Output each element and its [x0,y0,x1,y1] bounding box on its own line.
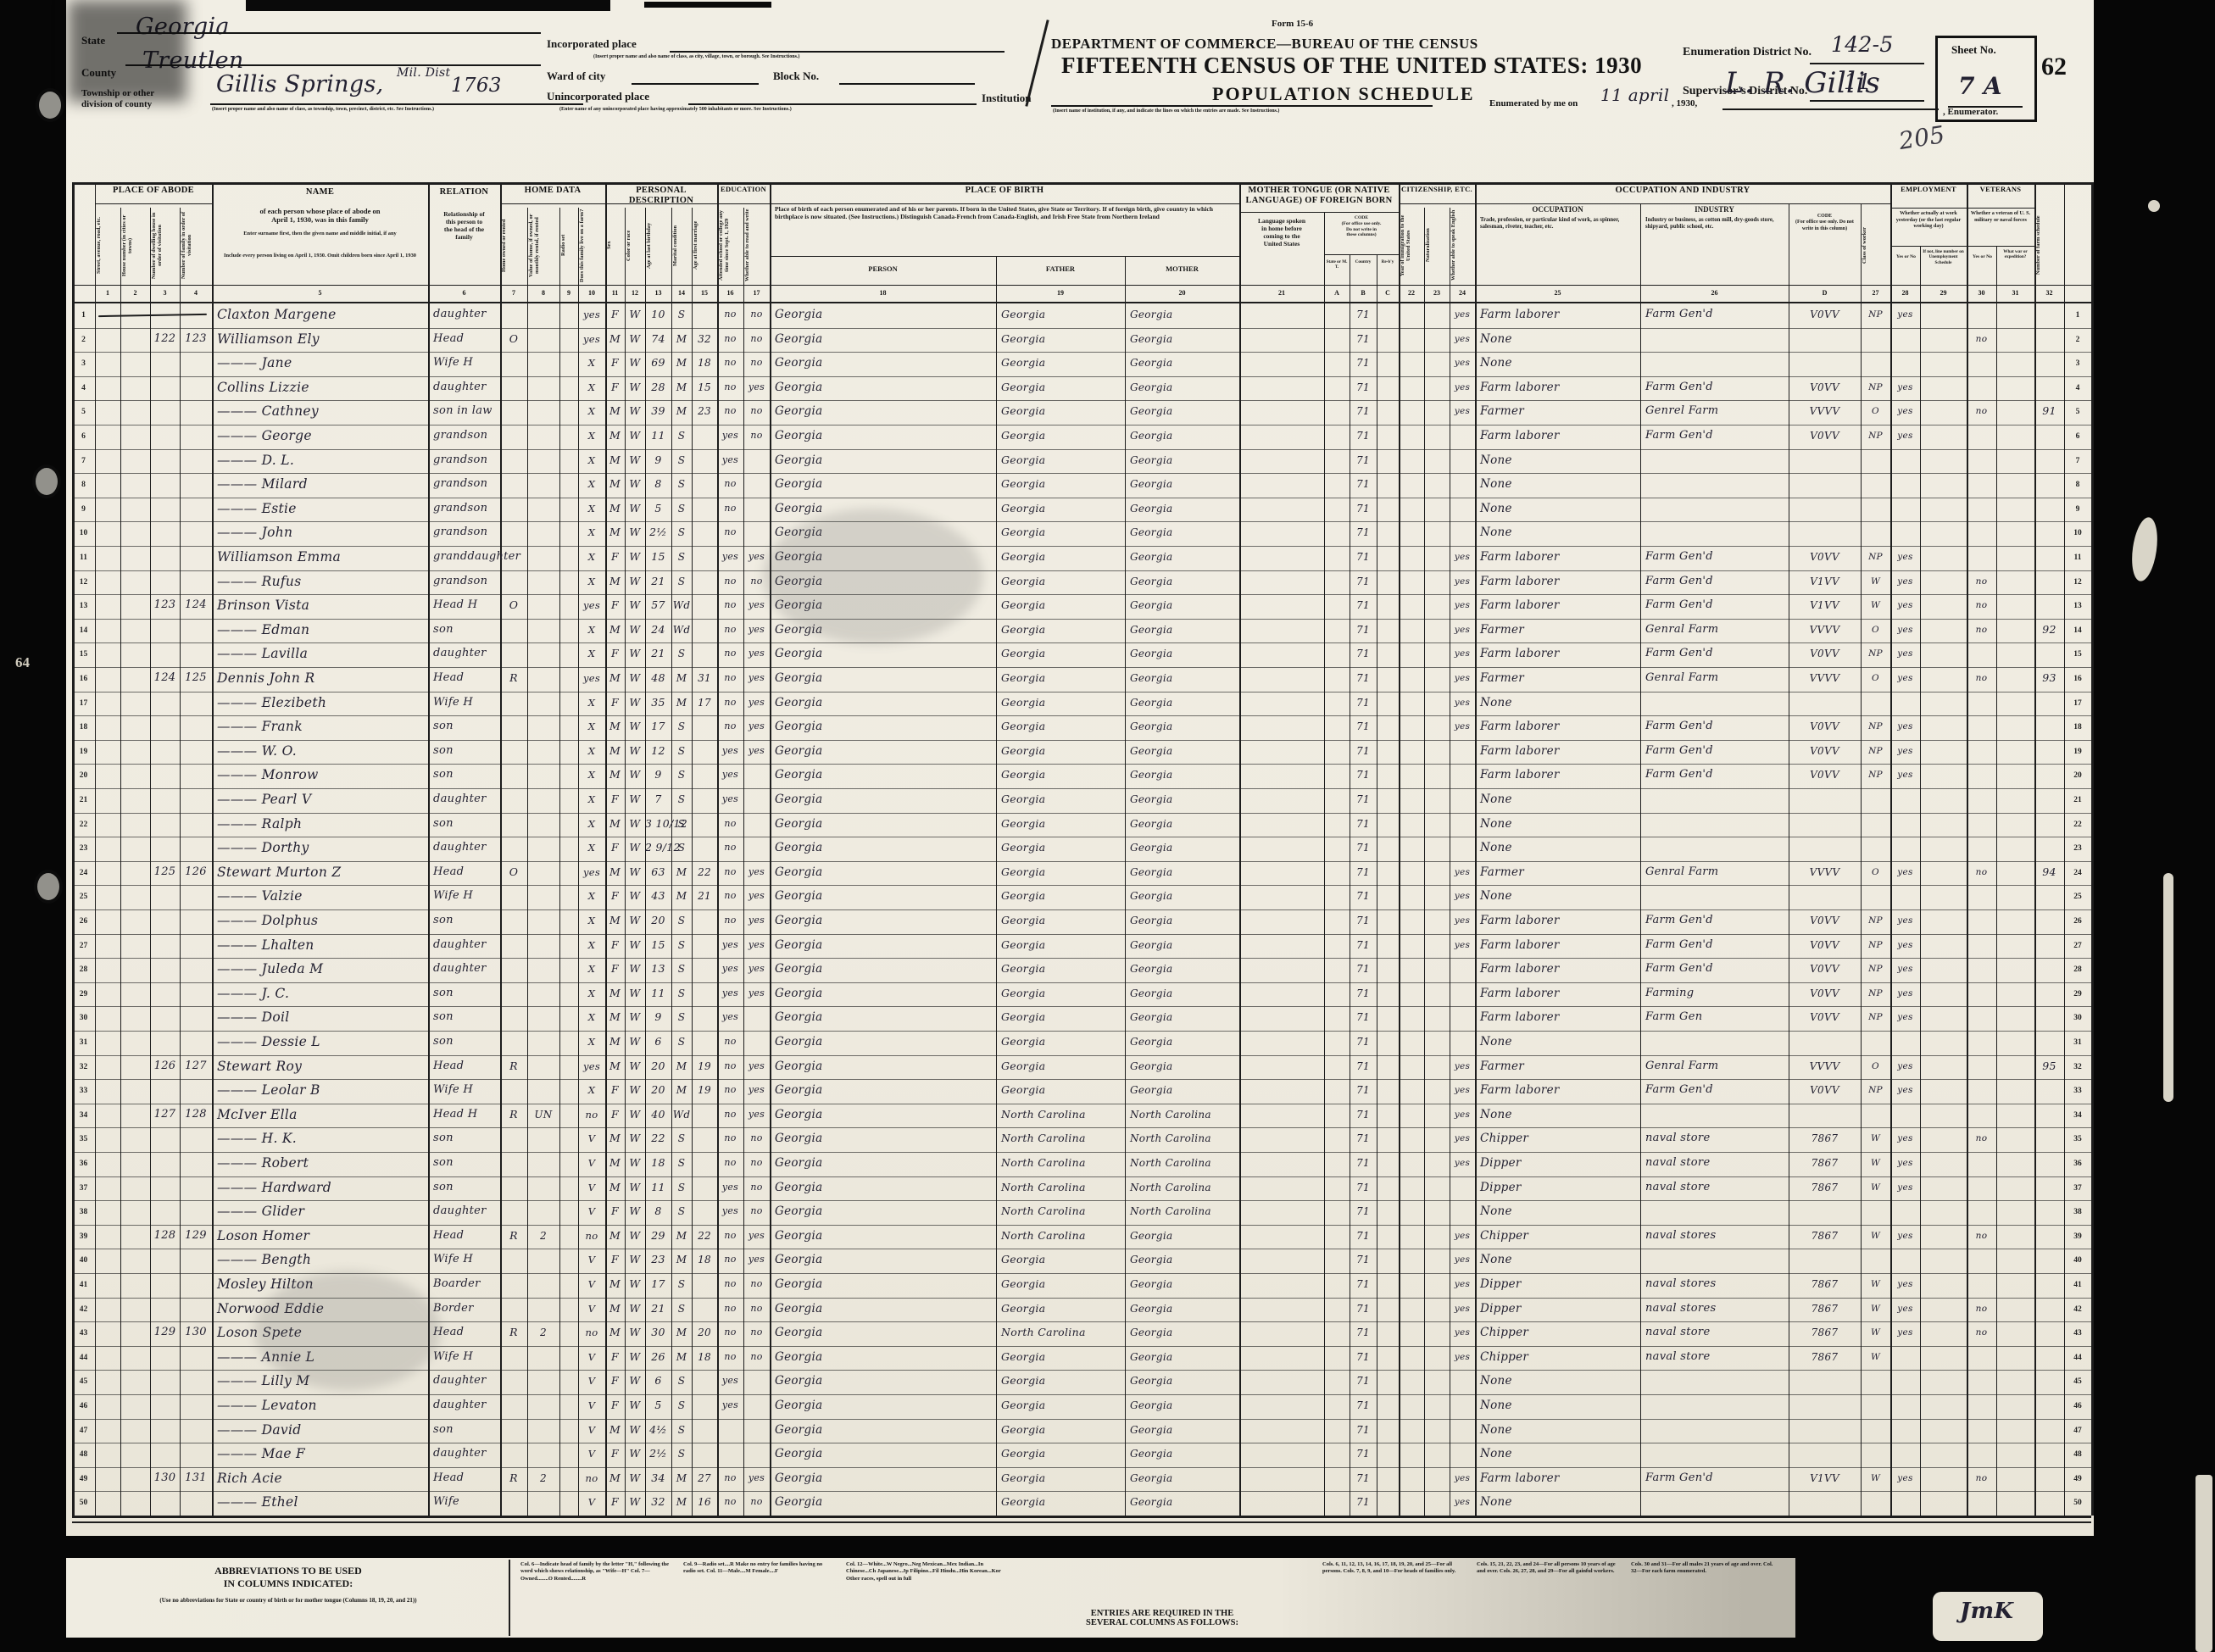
cell-marital-condition: S [671,737,692,762]
cell-home-value: 2 [527,1222,559,1247]
row-number-left: 36 [72,1160,95,1168]
cell-sex: F [605,1101,625,1126]
cell-farm: X [578,422,605,447]
cell-relation: son [428,1174,500,1199]
row-number-right: 43 [2064,1329,2091,1338]
schedule-title: POPULATION SCHEDULE [1212,83,1475,105]
cell-attended-school: yes [717,422,743,447]
cell-birthplace-person: Georgia [770,1343,996,1368]
binder-hole [32,464,61,498]
cell-read-write: no [743,1343,770,1368]
cell-name: Collins Lizzie [212,374,428,398]
cell-occupation-code: V0VV [1789,301,1861,325]
row-number-left: 33 [72,1087,95,1095]
cell-occupation: Farm laborer [1475,907,1640,932]
cell-birthplace-father: Georgia [996,713,1125,737]
group-label-poa: PLACE OF ABODE [95,186,212,196]
cell-birthplace-person: Georgia [770,955,996,980]
cell-farm: X [578,543,605,568]
cell-attended-school: no [717,1076,743,1101]
cell-marital-condition: S [671,1295,692,1320]
cell-industry: Genral Farm [1640,859,1789,883]
cell-occupation: Dipper [1475,1295,1640,1320]
row-number-left: 41 [72,1281,95,1289]
cell-read-write: yes [743,1076,770,1101]
cell-marital-condition: M [671,859,692,883]
cell-read-write: no [743,301,770,325]
cell-occupation: Chipper [1475,1125,1640,1149]
cell-home-owned-rented: R [500,1222,527,1247]
cell-at-work: yes [1890,1004,1920,1028]
cell-color-race: W [625,1053,645,1077]
cell-color-race: W [625,1149,645,1174]
cell-age: 12 [645,737,671,762]
row-number-left: 35 [72,1135,95,1143]
cell-birthplace-mother: Georgia [1125,349,1239,374]
cell-age: 9 [645,447,671,471]
cell-color-race: W [625,1295,645,1320]
cell-name: ——— David [212,1416,428,1441]
footer-abbrev-col-3: Col. 12—White...W Negro...Neg Mexican...… [846,1561,1003,1582]
cell-occupation: Farmer [1475,398,1640,422]
cell-sex: M [605,616,625,641]
relation-header: Relationship of this person to the head … [431,210,498,242]
column-number-23: 23 [1424,289,1450,297]
cell-dwelling-number: 128 [150,1222,180,1247]
cell-farm: V [578,1295,605,1320]
cell-sex: M [605,907,625,932]
cell-office-code: 71 [1350,1367,1377,1392]
cell-farm: X [578,398,605,422]
cell-birthplace-mother: Georgia [1125,1488,1239,1513]
column-number-4: 4 [180,289,212,297]
cell-home-owned-rented: R [500,1053,527,1077]
cell-relation: son [428,1416,500,1441]
cell-veteran: no [1967,1222,1996,1247]
name-header-main2: April 1, 1930, was in this family [215,215,425,224]
cell-sex: M [605,470,625,495]
cell-industry: Farm Gen'd [1640,737,1789,762]
cell-industry: Farm Gen'd [1640,374,1789,398]
cell-read-write: no [743,398,770,422]
cell-age-first-marriage: 16 [692,1488,717,1513]
cell-occupation-code: V0VV [1789,543,1861,568]
column-number-14: 14 [671,289,692,297]
row-number-left: 40 [72,1256,95,1265]
cell-marital-condition: S [671,543,692,568]
cell-farm: X [578,1028,605,1053]
cell-birthplace-father: Georgia [996,834,1125,859]
cell-at-work: yes [1890,1465,1920,1489]
cell-marital-condition: S [671,1125,692,1149]
cell-at-work: yes [1890,374,1920,398]
cell-attended-school: no [717,1246,743,1271]
column-number-D: D [1789,289,1861,297]
cell-dwelling-number: 130 [150,1465,180,1489]
cell-office-code: 71 [1350,955,1377,980]
cell-farm: X [578,932,605,956]
cell-office-code: 71 [1350,470,1377,495]
cell-birthplace-person: Georgia [770,325,996,350]
row-number-left: 8 [72,481,95,489]
cell-age: 2 9/12 [645,834,671,859]
row-number-right: 21 [2064,796,2091,804]
cell-birthplace-person: Georgia [770,1076,996,1101]
cell-farm: X [578,495,605,520]
cell-office-code: 71 [1350,398,1377,422]
cell-color-race: W [625,859,645,883]
column-number-29: 29 [1920,289,1967,297]
cell-family-number: 125 [180,665,212,689]
cell-office-code: 71 [1350,495,1377,520]
cell-color-race: W [625,932,645,956]
cell-farm: X [578,470,605,495]
cell-birthplace-father: Georgia [996,859,1125,883]
cell-read-write: yes [743,616,770,641]
colhead-vertical-c10: Does this family live on a farm? [579,208,604,283]
cell-at-work: yes [1890,1319,1920,1343]
cell-color-race: W [625,1392,645,1416]
cell-attended-school: yes [717,543,743,568]
cell-age: 74 [645,325,671,350]
enumerator-label: , Enumerator. [1943,107,1998,117]
cell-name: ——— Doil [212,1004,428,1028]
cell-marital-condition: S [671,1367,692,1392]
cell-attended-school: no [717,519,743,543]
cell-attended-school: yes [717,1392,743,1416]
cell-office-code: 71 [1350,810,1377,835]
cell-color-race: W [625,737,645,762]
cell-veteran: no [1967,325,1996,350]
cell-industry: Farm Gen'd [1640,1465,1789,1489]
cell-birthplace-father: Georgia [996,665,1125,689]
cell-marital-condition: S [671,907,692,932]
incorporated-label: Incorporated place [547,37,637,51]
cell-attended-school: no [717,1295,743,1320]
row-number-right: 13 [2064,602,2091,610]
cell-read-write: no [743,349,770,374]
cell-age: 8 [645,470,671,495]
cell-age: 30 [645,1319,671,1343]
cell-relation: Head [428,325,500,350]
cell-birthplace-mother: Georgia [1125,1222,1239,1247]
cell-birthplace-father: Georgia [996,810,1125,835]
cell-industry: Farm Gen'd [1640,592,1789,616]
header-rule [500,203,605,204]
row-number-right: 48 [2064,1450,2091,1459]
cell-birthplace-mother: Georgia [1125,616,1239,641]
cell-marital-condition: M [671,665,692,689]
cell-occupation: Farm laborer [1475,713,1640,737]
cell-marital-condition: M [671,882,692,907]
cell-read-write: no [743,1174,770,1199]
cell-farm: yes [578,665,605,689]
cell-family-number: 127 [180,1053,212,1077]
cell-birthplace-father: Georgia [996,1246,1125,1271]
group-label-emp: EMPLOYMENT [1890,186,1967,193]
cell-sex: M [605,713,625,737]
cell-farm: yes [578,301,605,325]
cell-birthplace-father: Georgia [996,980,1125,1004]
group-label-cit: CITIZENSHIP, ETC. [1399,186,1475,193]
cell-relation: daughter [428,301,500,325]
colhead-vertical-c22: Year of immigration to the United States [1400,208,1423,283]
cell-farm: X [578,689,605,714]
cell-read-write: no [743,1198,770,1222]
cell-birthplace-father: Georgia [996,447,1125,471]
cell-home-owned-rented: R [500,1465,527,1489]
colhead-vertical-c4: Number of family in order of visitation [181,208,211,283]
cell-color-race: W [625,907,645,932]
cell-name: ——— Dolphus [212,907,428,932]
cell-birthplace-mother: North Carolina [1125,1174,1239,1199]
cell-birthplace-father: Georgia [996,955,1125,980]
enumerator-line [1722,108,1939,110]
cell-birthplace-father: Georgia [996,1295,1125,1320]
cell-marital-condition: S [671,1028,692,1053]
cell-color-race: W [625,810,645,835]
name-header-main: of each person whose place of abode on [215,207,425,215]
cell-sex: M [605,1319,625,1343]
cell-industry: Farm Gen'd [1640,932,1789,956]
vet-war-label: What war or expedition? [1997,249,2034,260]
cell-birthplace-father: Georgia [996,1367,1125,1392]
cell-occupation-code: V0VV [1789,640,1861,665]
cell-name: ——— Milard [212,470,428,495]
row-number-right: 3 [2064,359,2091,368]
cell-age-first-marriage: 20 [692,1319,717,1343]
cell-attended-school: no [717,568,743,592]
row-number-right: 2 [2064,336,2091,344]
cell-birthplace-mother: Georgia [1125,1343,1239,1368]
cell-at-work: yes [1890,932,1920,956]
cell-age: 17 [645,1271,671,1295]
census-scan: State Georgia County Treutlen Township o… [0,0,2215,1652]
footer-entries-col-3: Cols. 30 and 31—For all males 21 years o… [1631,1561,1775,1576]
cell-name: ——— Valzie [212,882,428,907]
cell-relation: daughter [428,1440,500,1465]
cell-occupation-code: 7867 [1789,1295,1861,1320]
cell-occupation-code: VVVV [1789,1053,1861,1077]
cell-farm: X [578,374,605,398]
cell-birthplace-mother: North Carolina [1125,1101,1239,1126]
cell-farm: X [578,1076,605,1101]
row-number-right: 39 [2064,1232,2091,1241]
cell-home-owned-rented: R [500,1101,527,1126]
cell-occupation: None [1475,470,1640,495]
cell-age-first-marriage: 19 [692,1053,717,1077]
cell-at-work: yes [1890,1295,1920,1320]
colhead-vertical-c1: Street, avenue, road, etc. [96,208,120,283]
cell-relation: daughter [428,786,500,810]
row-number-right: 24 [2064,869,2091,877]
occupation-text: Trade, profession, or particular kind of… [1480,217,1635,231]
cell-age: 20 [645,1053,671,1077]
cell-class-of-worker: NP [1861,907,1890,932]
cell-farm: X [578,955,605,980]
row-number-left: 39 [72,1232,95,1241]
cell-age: 7 [645,786,671,810]
cell-name: ——— Monrow [212,761,428,786]
cell-home-owned-rented: O [500,592,527,616]
cell-birthplace-person: Georgia [770,1149,996,1174]
cell-read-write: yes [743,640,770,665]
cell-occupation: Farm laborer [1475,761,1640,786]
cell-name: ——— Robert [212,1149,428,1174]
group-label-edu: EDUCATION [717,186,770,193]
row-number-right: 20 [2064,771,2091,780]
cell-sex: M [605,519,625,543]
scan-blob [2129,515,2161,582]
cell-birthplace-father: Georgia [996,882,1125,907]
row-number-right: 31 [2064,1038,2091,1047]
cell-birthplace-person: Georgia [770,1222,996,1247]
cell-occupation-code: V0VV [1789,980,1861,1004]
row-number-right: 4 [2064,384,2091,392]
cell-occupation-code: 7867 [1789,1125,1861,1149]
cell-marital-condition: S [671,568,692,592]
table-vertical-rule [2091,182,2094,1516]
cell-attended-school: no [717,398,743,422]
cell-marital-condition: M [671,398,692,422]
cell-sex: F [605,374,625,398]
cell-birthplace-mother: Georgia [1125,301,1239,325]
cell-birthplace-person: Georgia [770,422,996,447]
cell-at-work: yes [1890,1053,1920,1077]
cell-office-code: 71 [1350,1465,1377,1489]
cell-read-write: yes [743,882,770,907]
cell-birthplace-mother: Georgia [1125,470,1239,495]
cell-family-number: 123 [180,325,212,350]
cell-dwelling-number: 127 [150,1101,180,1126]
cell-farm: yes [578,592,605,616]
cell-age: 43 [645,882,671,907]
cell-attended-school: yes [717,786,743,810]
row-number-left: 31 [72,1038,95,1047]
cell-farm-schedule-number: 94 [2034,859,2064,883]
cell-occupation-code: V0VV [1789,955,1861,980]
column-number-22: 22 [1399,289,1424,297]
cell-occupation-code: V0VV [1789,907,1861,932]
cell-farm-schedule-number: 93 [2034,665,2064,689]
cell-occupation: None [1475,834,1640,859]
cell-relation: Head [428,1053,500,1077]
cell-relation: daughter [428,1367,500,1392]
header-rule [1475,203,1890,204]
cell-sex: M [605,447,625,471]
cell-name: ——— Hardward [212,1174,428,1199]
cell-veteran: no [1967,616,1996,641]
row-number-left: 9 [72,505,95,514]
cell-farm: X [578,761,605,786]
cell-speak-english: yes [1450,1053,1475,1077]
cell-marital-condition: M [671,349,692,374]
cell-marital-condition: Wd [671,592,692,616]
row-number-left: 21 [72,796,95,804]
cell-age: 63 [645,859,671,883]
cell-attended-school: no [717,374,743,398]
cell-age-first-marriage: 17 [692,689,717,714]
mother-tongue-text: Language spoken in home before coming to… [1241,217,1322,248]
colhead-vertical-c11: Sex [606,208,624,283]
cell-marital-condition: S [671,519,692,543]
cell-birthplace-mother: Georgia [1125,398,1239,422]
cell-sex: M [605,1028,625,1053]
cell-industry: naval store [1640,1125,1789,1149]
scan-edge-mark [644,2,771,8]
row-number-right: 28 [2064,965,2091,974]
row-number-right: 29 [2064,990,2091,998]
vet-yes-no-label: Yes or No [1968,254,1996,260]
column-number-27: 27 [1861,289,1890,297]
cell-marital-condition: Wd [671,1101,692,1126]
cell-occupation: None [1475,1367,1640,1392]
cell-marital-condition: M [671,1343,692,1368]
scan-corner-smudge [68,0,186,102]
cell-industry: Farm Gen'd [1640,568,1789,592]
cell-office-code: 71 [1350,713,1377,737]
cell-age: 29 [645,1222,671,1247]
cell-farm-schedule-number: 95 [2034,1053,2064,1077]
row-number-left: 18 [72,723,95,731]
cell-birthplace-mother: Georgia [1125,859,1239,883]
cell-birthplace-mother: Georgia [1125,665,1239,689]
cell-occupation-code: VVVV [1789,398,1861,422]
unincorporated-note: (Enter name of any unincorporated place … [559,107,975,112]
cell-office-code: 71 [1350,1343,1377,1368]
cell-color-race: W [625,1367,645,1392]
cell-at-work: yes [1890,592,1920,616]
cell-birthplace-mother: Georgia [1125,1295,1239,1320]
cell-occupation: Dipper [1475,1271,1640,1295]
cell-name: Dennis John R [212,665,428,689]
cell-attended-school: yes [717,980,743,1004]
cell-attended-school: no [717,1149,743,1174]
row-number-left: 47 [72,1427,95,1435]
cell-color-race: W [625,665,645,689]
cell-marital-condition: S [671,640,692,665]
cell-speak-english: yes [1450,1222,1475,1247]
cell-age-first-marriage: 23 [692,398,717,422]
cell-veteran: no [1967,1125,1996,1149]
cell-marital-condition: S [671,495,692,520]
cell-speak-english: yes [1450,1271,1475,1295]
colhead-vertical-c14: Marital condition [672,208,691,283]
row-number-right: 10 [2064,529,2091,537]
cell-birthplace-person: Georgia [770,761,996,786]
cell-marital-condition: M [671,1053,692,1077]
cell-farm: X [578,713,605,737]
group-label-rel: RELATION [428,187,500,197]
cell-sex: M [605,1053,625,1077]
row-number-left: 27 [72,942,95,950]
row-number-right: 42 [2064,1305,2091,1314]
cell-relation: Head [428,1465,500,1489]
cell-speak-english: yes [1450,665,1475,689]
cell-office-code: 71 [1350,882,1377,907]
cell-occupation-code: V0VV [1789,1004,1861,1028]
footer-entries-col-1: Cols. 6, 11, 12, 13, 14, 16, 17, 18, 19,… [1322,1561,1466,1576]
cell-sex: M [605,737,625,762]
cell-office-code: 71 [1350,374,1377,398]
cell-office-code: 71 [1350,1028,1377,1053]
cell-occupation: None [1475,1440,1640,1465]
cell-office-code: 71 [1350,422,1377,447]
cell-sex: M [605,1271,625,1295]
cell-office-code: 71 [1350,519,1377,543]
cell-birthplace-father: North Carolina [996,1319,1125,1343]
cell-speak-english: yes [1450,1101,1475,1126]
